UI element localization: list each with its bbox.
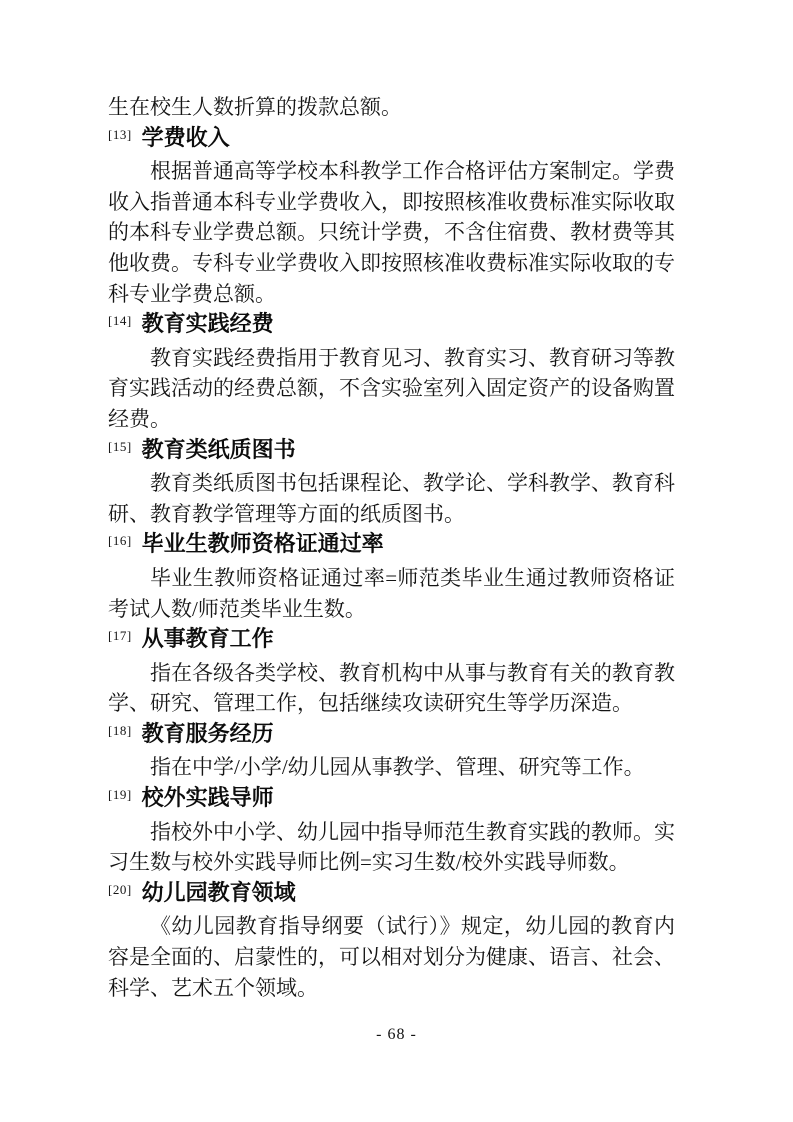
entry-body: 指在各级各类学校、教育机构中从事与教育有关的教育教学、研究、管理工作，包括继续攻…: [108, 658, 675, 719]
entry-ref-number: [13]: [108, 127, 132, 142]
entry-title: 校外实践导师: [142, 785, 274, 810]
entry-heading: [14]教育实践经费: [108, 309, 675, 343]
entry-title: 学费收入: [142, 125, 230, 150]
document-page: 生在校生人数折算的拨款总额。 [13]学费收入 根据普通高等学校本科教学工作合格…: [0, 0, 793, 1122]
entry-body: 教育类纸质图书包括课程论、教学论、学科教学、教育科研、教育教学管理等方面的纸质图…: [108, 468, 675, 529]
entry-title: 教育类纸质图书: [142, 437, 296, 462]
entry-heading: [16]毕业生教师资格证通过率: [108, 529, 675, 563]
entry-title: 从事教育工作: [142, 626, 274, 651]
entry-body: 毕业生教师资格证通过率=师范类毕业生通过教师资格证考试人数/师范类毕业生数。: [108, 563, 675, 624]
glossary-entry-18: [18]教育服务经历 指在中学/小学/幼儿园从事教学、管理、研究等工作。: [108, 719, 675, 783]
entry-body: 《幼儿园教育指导纲要（试行）》规定，幼儿园的教育内容是全面的、启蒙性的，可以相对…: [108, 911, 675, 1003]
entry-ref-number: [17]: [108, 628, 132, 643]
entry-ref-number: [15]: [108, 439, 132, 454]
entry-ref-number: [14]: [108, 313, 132, 328]
entry-title: 教育服务经历: [142, 721, 274, 746]
entry-body: 教育实践经费指用于教育见习、教育实习、教育研习等教育实践活动的经费总额，不含实验…: [108, 343, 675, 435]
entry-body: 指校外中小学、幼儿园中指导师范生教育实践的教师。实习生数与校外实践导师比例=实习…: [108, 817, 675, 878]
entry-ref-number: [18]: [108, 723, 132, 738]
entry-ref-number: [16]: [108, 533, 132, 548]
glossary-entry-20: [20]幼儿园教育领域 《幼儿园教育指导纲要（试行）》规定，幼儿园的教育内容是全…: [108, 878, 675, 1003]
entry-heading: [18]教育服务经历: [108, 719, 675, 753]
glossary-entry-17: [17]从事教育工作 指在各级各类学校、教育机构中从事与教育有关的教育教学、研究…: [108, 624, 675, 719]
entry-heading: [17]从事教育工作: [108, 624, 675, 658]
glossary-entry-16: [16]毕业生教师资格证通过率 毕业生教师资格证通过率=师范类毕业生通过教师资格…: [108, 529, 675, 624]
entry-heading: [19]校外实践导师: [108, 783, 675, 817]
entry-body: 指在中学/小学/幼儿园从事教学、管理、研究等工作。: [108, 752, 675, 783]
entry-heading: [15]教育类纸质图书: [108, 435, 675, 469]
glossary-entry-14: [14]教育实践经费 教育实践经费指用于教育见习、教育实习、教育研习等教育实践活…: [108, 309, 675, 434]
entry-ref-number: [19]: [108, 787, 132, 802]
entry-heading: [20]幼儿园教育领域: [108, 878, 675, 912]
entry-title: 教育实践经费: [142, 311, 274, 336]
glossary-entry-15: [15]教育类纸质图书 教育类纸质图书包括课程论、教学论、学科教学、教育科研、教…: [108, 435, 675, 530]
page-number: - 68 -: [0, 1026, 793, 1044]
glossary-entry-13: [13]学费收入 根据普通高等学校本科教学工作合格评估方案制定。学费收入指普通本…: [108, 123, 675, 310]
continuation-paragraph: 生在校生人数折算的拨款总额。: [108, 92, 675, 123]
entry-heading: [13]学费收入: [108, 123, 675, 157]
glossary-entry-19: [19]校外实践导师 指校外中小学、幼儿园中指导师范生教育实践的教师。实习生数与…: [108, 783, 675, 878]
entry-ref-number: [20]: [108, 882, 132, 897]
entry-title: 幼儿园教育领域: [142, 880, 296, 905]
text-column: 生在校生人数折算的拨款总额。 [13]学费收入 根据普通高等学校本科教学工作合格…: [108, 92, 675, 1003]
entry-body: 根据普通高等学校本科教学工作合格评估方案制定。学费收入指普通本科专业学费收入，即…: [108, 156, 675, 309]
entry-title: 毕业生教师资格证通过率: [142, 531, 384, 556]
